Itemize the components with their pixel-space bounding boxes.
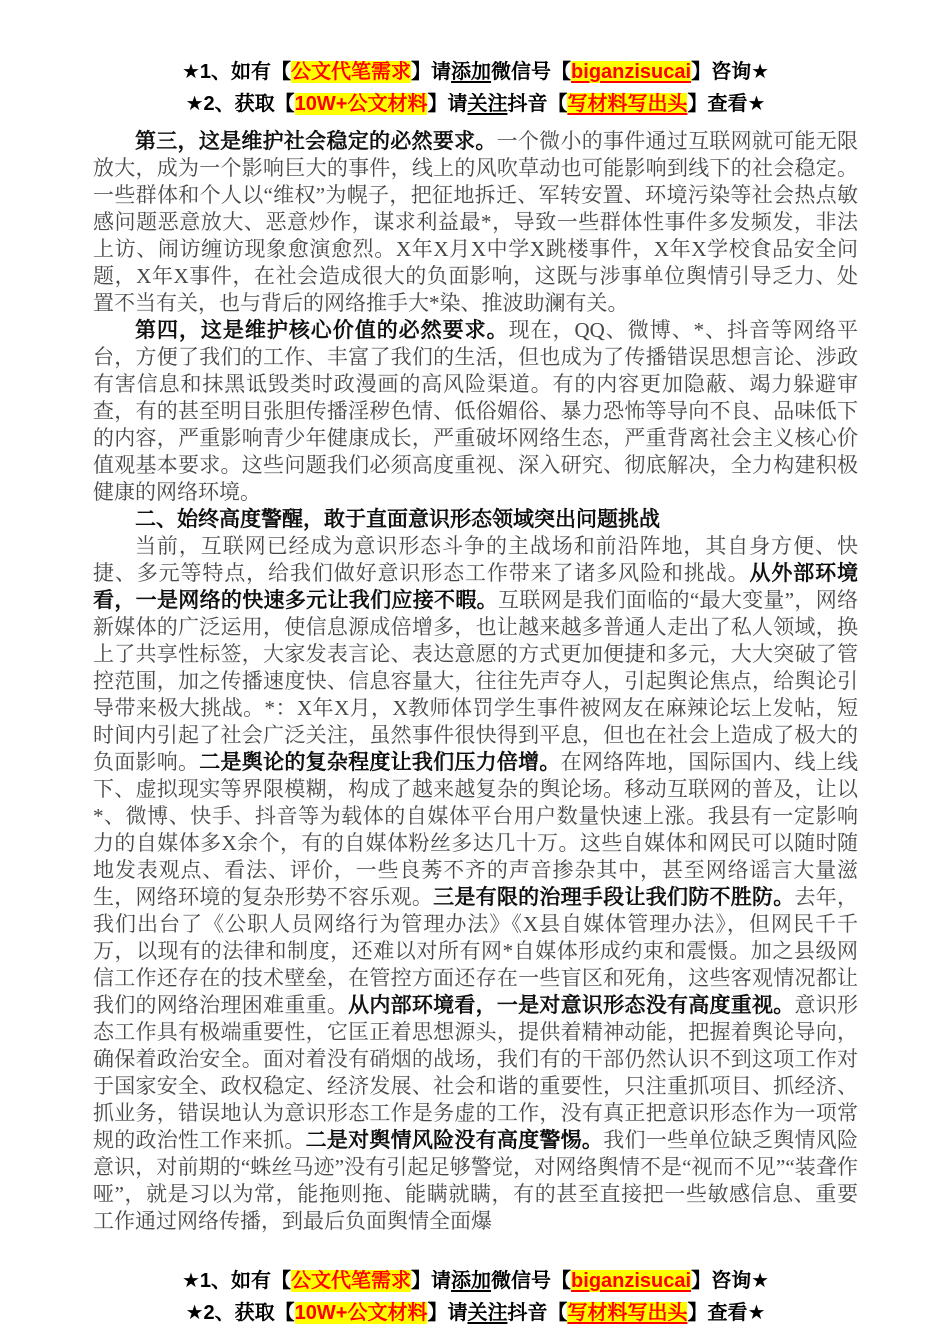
- promo-highlighted-text: 10W+公文材料: [295, 93, 428, 115]
- promo-highlighted-text: 关注: [467, 1302, 507, 1324]
- promo-highlighted-text: biganzisucai: [571, 61, 691, 83]
- promo-highlighted-text: 10W+公文材料: [295, 1302, 428, 1324]
- promo-highlighted-text: 添加: [451, 1270, 491, 1292]
- bold-run: 二是舆论的复杂程度让我们压力倍增。: [199, 750, 560, 774]
- bold-run: 二是对舆情风险没有高度警惕。: [306, 1128, 604, 1152]
- bold-run: 第四，这是维护核心价值的必然要求。: [135, 318, 509, 342]
- promo-text: 抖音【: [507, 1302, 567, 1324]
- promo-text: ★2、获取【: [186, 93, 295, 115]
- promo-line: ★1、如有【公文代笔需求】请添加微信号【biganzisucai】咨询★: [93, 56, 858, 88]
- text-run: 现在，QQ、微博、*、抖音等网络平台，方便了我们的工作、丰富了我们的生活，但也成…: [93, 318, 858, 504]
- document-body: 第三，这是维护社会稳定的必然要求。一个微小的事件通过互联网就可能无限放大，成为一…: [93, 128, 858, 1235]
- promo-highlighted-text: 关注: [467, 93, 507, 115]
- paragraph: 第四，这是维护核心价值的必然要求。现在，QQ、微博、*、抖音等网络平台，方便了我…: [93, 317, 858, 506]
- promo-line: ★2、获取【10W+公文材料】请关注抖音【写材料写出头】查看★: [93, 1297, 858, 1329]
- promo-text: 微信号【: [491, 1270, 571, 1292]
- promo-footer: ★1、如有【公文代笔需求】请添加微信号【biganzisucai】咨询★★2、获…: [93, 1265, 858, 1329]
- promo-text: ★1、如有【: [182, 61, 291, 83]
- promo-line: ★2、获取【10W+公文材料】请关注抖音【写材料写出头】查看★: [93, 88, 858, 120]
- promo-header: ★1、如有【公文代笔需求】请添加微信号【biganzisucai】咨询★★2、获…: [93, 56, 858, 120]
- paragraph: 第三，这是维护社会稳定的必然要求。一个微小的事件通过互联网就可能无限放大，成为一…: [93, 128, 858, 317]
- promo-text: 】查看★: [687, 1302, 765, 1324]
- promo-text: 】咨询★: [691, 61, 769, 83]
- promo-highlighted-text: biganzisucai: [571, 1270, 691, 1292]
- paragraph: 当前，互联网已经成为意识形态斗争的主战场和前沿阵地，其自身方便、快捷、多元等特点…: [93, 533, 858, 1235]
- promo-text: ★1、如有【: [182, 1270, 291, 1292]
- promo-line: ★1、如有【公文代笔需求】请添加微信号【biganzisucai】咨询★: [93, 1265, 858, 1297]
- promo-text: 】请: [411, 61, 451, 83]
- promo-highlighted-text: 写材料写出头: [567, 1302, 687, 1324]
- text-run: 当前，互联网已经成为意识形态斗争的主战场和前沿阵地，其自身方便、快捷、多元等特点…: [93, 534, 858, 585]
- promo-highlighted-text: 公文代笔需求: [291, 1270, 411, 1292]
- promo-text: 抖音【: [507, 93, 567, 115]
- promo-text: 】查看★: [687, 93, 765, 115]
- promo-text: 】咨询★: [691, 1270, 769, 1292]
- bold-run: 二、始终高度警醒，敢于直面意识形态领域突出问题挑战: [135, 507, 660, 531]
- section-heading: 二、始终高度警醒，敢于直面意识形态领域突出问题挑战: [93, 506, 858, 533]
- bold-run: 第三，这是维护社会稳定的必然要求。: [135, 129, 497, 153]
- promo-text: ★2、获取【: [186, 1302, 295, 1324]
- promo-highlighted-text: 写材料写出头: [567, 93, 687, 115]
- promo-text: 】请: [427, 1302, 467, 1324]
- promo-highlighted-text: 添加: [451, 61, 491, 83]
- text-run: 互联网是我们面临的“最大变量”，网络新媒体的广泛运用，使信息源成倍增多，也让越来…: [93, 588, 858, 774]
- bold-run: 三是有限的治理手段让我们防不胜防。: [433, 885, 794, 909]
- promo-text: 】请: [411, 1270, 451, 1292]
- promo-highlighted-text: 公文代笔需求: [291, 61, 411, 83]
- text-run: 一个微小的事件通过互联网就可能无限放大，成为一个影响巨大的事件，线上的风吹草动也…: [93, 129, 858, 315]
- promo-text: 微信号【: [491, 61, 571, 83]
- document-page: ★1、如有【公文代笔需求】请添加微信号【biganzisucai】咨询★★2、获…: [0, 0, 950, 1344]
- bold-run: 从内部环境看，一是对意识形态没有高度重视。: [348, 993, 794, 1017]
- promo-text: 】请: [427, 93, 467, 115]
